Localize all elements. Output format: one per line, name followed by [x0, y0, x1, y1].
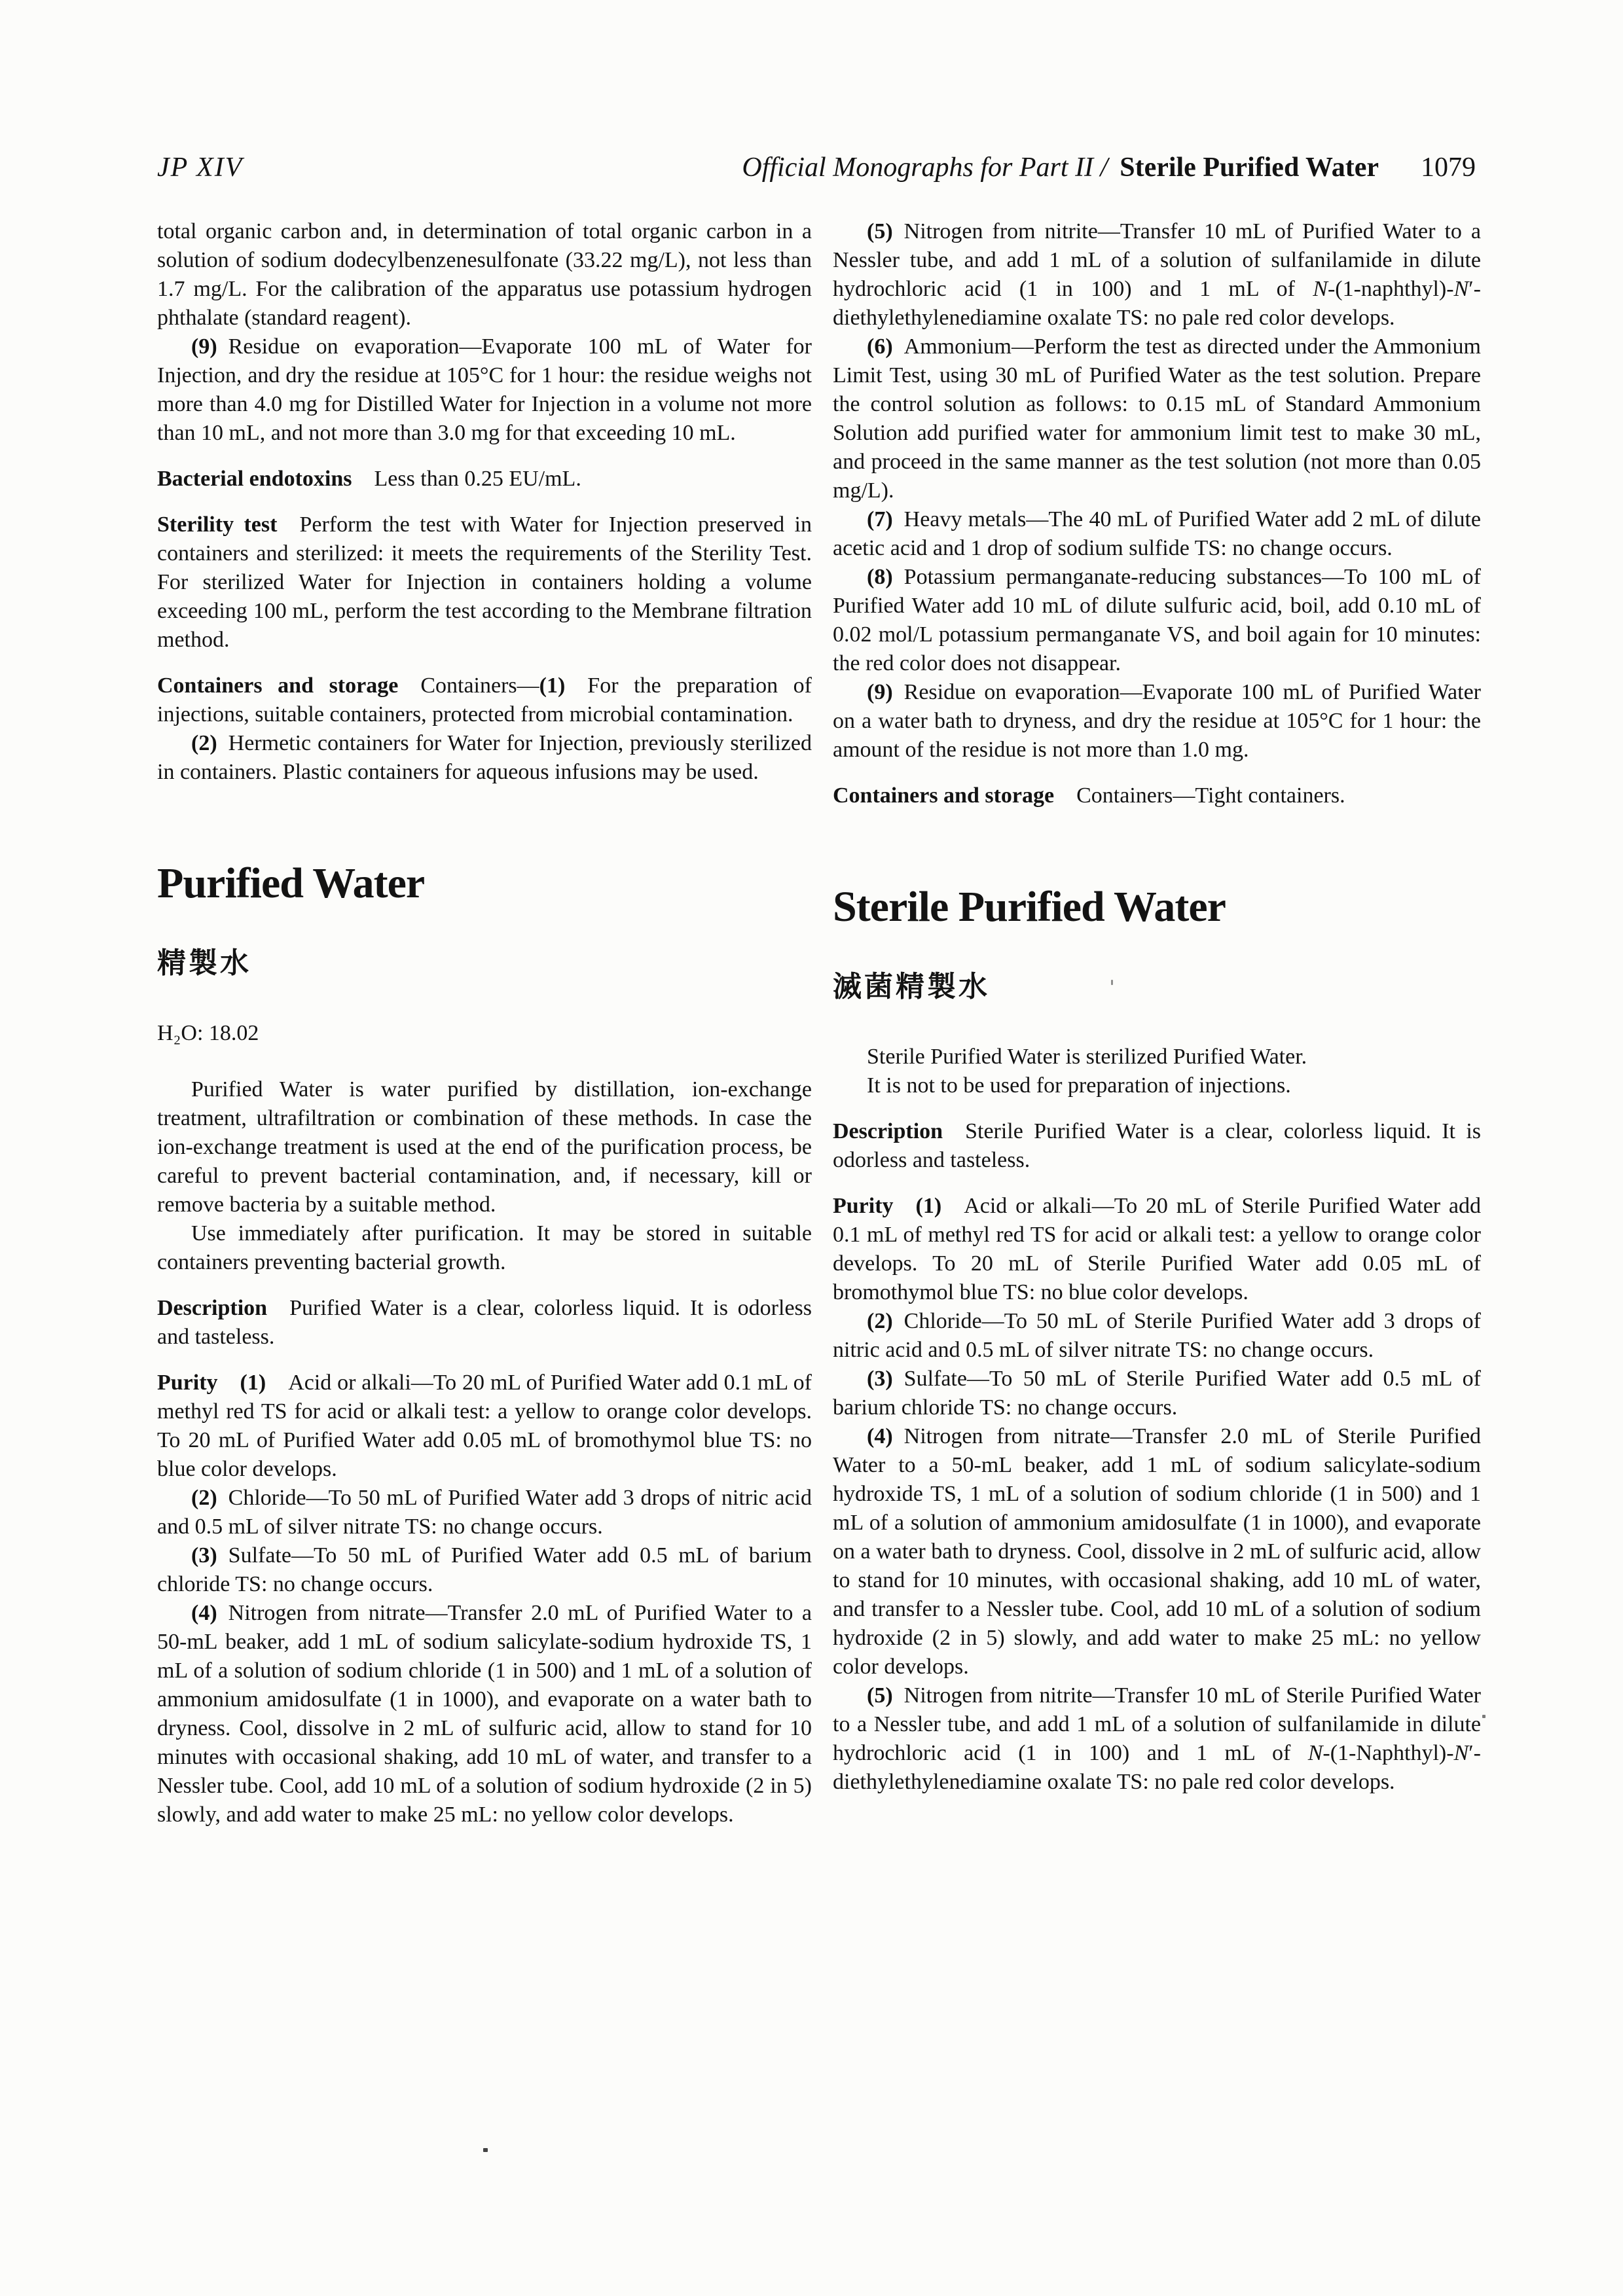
sterile-intro-line-2: It is not to be used for preparation of …: [833, 1071, 1481, 1100]
left-column: total organic carbon and, in determinati…: [157, 217, 812, 1829]
purity-section: Purity (1) Acid or alkali—To 20 mL of Pu…: [157, 1369, 812, 1484]
running-title-bold: Sterile Purified Water: [1120, 152, 1379, 183]
use-immediately-note: Use immediately after purification. It m…: [157, 1219, 812, 1277]
item-4-nitrogen-from-nitrate: (4) Nitrogen from nitrate—Transfer 2.0 m…: [157, 1599, 812, 1829]
right-column: (5) Nitrogen from nitrite—Transfer 10 mL…: [833, 217, 1481, 1797]
item-6-ammonium: (6) Ammonium—Perform the test as directe…: [833, 332, 1481, 505]
item-5-nitrogen-from-nitrite: (5) Nitrogen from nitrite—Transfer 10 mL…: [833, 217, 1481, 332]
description-section: Description Sterile Purified Water is a …: [833, 1117, 1481, 1175]
page-number: 1079: [1421, 152, 1476, 183]
item-2-chloride: (2) Chloride—To 50 mL of Purified Water …: [157, 1484, 812, 1541]
running-title-italic: Official Monographs for Part II /: [742, 152, 1108, 183]
item-3-sulfate: (3) Sulfate—To 50 mL of Sterile Purified…: [833, 1365, 1481, 1422]
water-formula: H₂O: 18.02: [157, 1019, 812, 1048]
scan-artifact-dot: [1111, 980, 1113, 985]
sterile-purified-water-title: Sterile Purified Water: [833, 884, 1481, 930]
sterility-test-section: Sterility test Perform the test with Wat…: [157, 511, 812, 655]
continuation-paragraph: total organic carbon and, in determinati…: [157, 217, 812, 332]
page-header: JP XIV Official Monographs for Part II /…: [157, 152, 1476, 183]
containers-and-storage-section: Containers and storage Containers—(1) Fo…: [157, 672, 812, 729]
purified-water-title-japanese: 精製水: [157, 939, 812, 981]
item-4-nitrogen-from-nitrate: (4) Nitrogen from nitrate—Transfer 2.0 m…: [833, 1422, 1481, 1681]
journal-label: JP XIV: [157, 152, 243, 183]
bacterial-endotoxins-section: Bacterial endotoxins Less than 0.25 EU/m…: [157, 465, 812, 493]
item-9-residue-on-evaporation: (9) Residue on evaporation—Evaporate 100…: [833, 678, 1481, 764]
item-8-potassium-permanganate: (8) Potassium permanganate-reducing subs…: [833, 563, 1481, 678]
item-7-heavy-metals: (7) Heavy metals—The 40 mL of Purified W…: [833, 505, 1481, 563]
containers-and-storage-section: Containers and storage Containers—Tight …: [833, 781, 1481, 810]
scan-artifact-dot: [1482, 1715, 1486, 1718]
item-2-hermetic-containers: (2) Hermetic containers for Water for In…: [157, 729, 812, 787]
item-3-sulfate: (3) Sulfate—To 50 mL of Purified Water a…: [157, 1541, 812, 1599]
item-2-chloride: (2) Chloride—To 50 mL of Sterile Purifie…: [833, 1307, 1481, 1365]
item-5-nitrogen-from-nitrite: (5) Nitrogen from nitrite—Transfer 10 mL…: [833, 1681, 1481, 1797]
sterile-intro-line-1: Sterile Purified Water is sterilized Pur…: [833, 1043, 1481, 1071]
item-9-residue-on-evaporation: (9) Residue on evaporation—Evaporate 100…: [157, 332, 812, 448]
purified-water-intro: Purified Water is water purified by dist…: [157, 1075, 812, 1219]
running-title: Official Monographs for Part II / Steril…: [742, 152, 1476, 183]
scan-artifact-dot: [483, 2148, 488, 2152]
purity-section: Purity (1) Acid or alkali—To 20 mL of St…: [833, 1192, 1481, 1307]
sterile-purified-water-title-japanese: 滅菌精製水: [833, 963, 1481, 1005]
purified-water-title: Purified Water: [157, 860, 812, 906]
description-section: Description Purified Water is a clear, c…: [157, 1294, 812, 1352]
